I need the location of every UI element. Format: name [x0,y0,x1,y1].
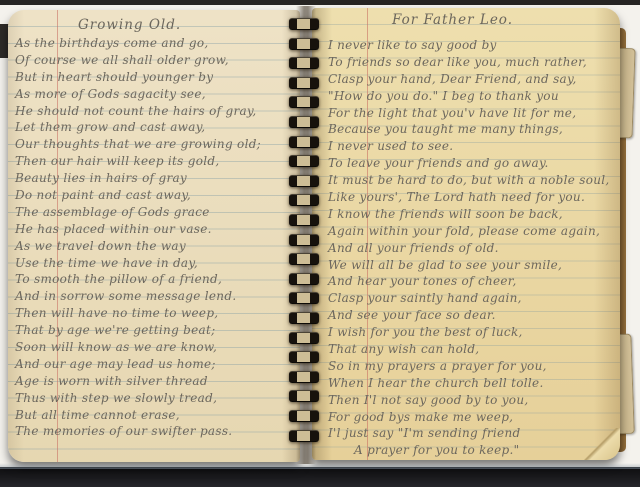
handwriting-line: Soon will know as we are know, [15,339,300,356]
spiral-ring [289,371,319,383]
spiral-ring [289,234,319,246]
handwriting-line: To friends so dear like you, much rather… [328,54,620,71]
spiral-ring [289,273,319,285]
handwriting-line: Then will have no time to weep, [15,305,300,322]
handwriting-line: We will all be glad to see your smile, [328,257,620,274]
handwriting-line: That any wish can hold, [328,341,620,358]
handwriting-line: It must be hard to do, but with a noble … [328,172,620,189]
handwriting-line: Again within your fold, please come agai… [328,223,620,240]
handwriting-line: But all time cannot erase, [15,407,300,424]
spiral-ring [289,312,319,324]
spiral-ring [289,253,319,265]
handwriting-line: Thus with step we slowly tread, [15,390,300,407]
spiral-ring [289,292,319,304]
spiral-ring [289,57,319,69]
spiral-ring [289,136,319,148]
handwriting-line: Use the time we have in day, [15,255,300,272]
spiral-ring [289,410,319,422]
handwriting-line: Our thoughts that we are growing old; [15,136,300,153]
handwriting-line: For good bys make me weep, [328,409,620,426]
handwriting-line: The assemblage of Gods grace [15,204,300,221]
spiral-ring [289,351,319,363]
handwriting-line: For the light that you'v have lit for me… [328,105,620,122]
handwriting-line: And all your friends of old. [328,240,620,257]
spiral-ring [289,96,319,108]
handwriting-line: As the birthdays come and go, [15,35,300,52]
handwriting-line: And see your face so dear. [328,307,620,324]
handwriting-line: To leave your friends and go away. [328,155,620,172]
spiral-ring [289,38,319,50]
handwriting-line: I never used to see. [328,138,620,155]
handwriting-line: He should not count the hairs of gray, [15,103,300,120]
handwriting-line: So in my prayers a prayer for you, [328,358,620,375]
handwriting-line: To smooth the pillow of a friend, [15,271,300,288]
spiral-ring [289,77,319,89]
handwriting-line: As we travel down the way [15,238,300,255]
handwriting-line: Then I'l not say good by to you, [328,392,620,409]
folded-page-corner [584,428,620,460]
handwriting-line: Clasp your saintly hand again, [328,290,620,307]
open-notebook-photo: Growing Old. As the birthdays come and g… [0,0,640,487]
handwriting-line: As more of Gods sagacity see, [15,86,300,103]
handwriting-line: When I hear the church bell tolle. [328,375,620,392]
handwriting-line: A prayer for you to keep." [354,442,620,459]
poem-body-right: I never like to say good byTo friends so… [328,37,620,459]
handwriting-line: Of course we all shall older grow, [15,52,300,69]
spiral-ring [289,430,319,442]
handwriting-line: The memories of our swifter pass. [15,423,300,440]
handwriting-line: I know the friends will soon be back, [328,206,620,223]
handwriting-line: "How do you do." I beg to thank you [328,88,620,105]
handwriting-line: Age is worn with silver thread [15,373,300,390]
handwriting-line: And our age may lead us home; [15,356,300,373]
poem-title-left: Growing Old. [78,17,181,33]
poem-title-right: For Father Leo. [392,12,513,28]
handwriting-line: I wish for you the best of luck, [328,324,620,341]
spiral-ring [289,18,319,30]
handwriting-line: And hear your tones of cheer, [328,273,620,290]
spiral-ring [289,214,319,226]
handwriting-line: I'l just say "I'm sending friend [328,425,620,442]
spiral-ring [289,194,319,206]
handwriting-line: He has placed within our vase. [15,221,300,238]
handwriting-line: Let them grow and cast away, [15,119,300,136]
spiral-ring [289,116,319,128]
handwriting-line: And in sorrow some message lend. [15,288,300,305]
right-page: For Father Leo. I never like to say good… [312,8,620,460]
handwriting-line: Because you taught me many things, [328,121,620,138]
handwriting-line: I never like to say good by [328,37,620,54]
spiral-ring [289,155,319,167]
spiral-binding [289,0,321,487]
poem-body-left: As the birthdays come and go,Of course w… [15,35,300,440]
handwriting-line: Clasp your hand, Dear Friend, and say, [328,71,620,88]
handwriting-line: That by age we're getting beat; [15,322,300,339]
handwriting-line: Like yours', The Lord hath need for you. [328,189,620,206]
handwriting-line: But in heart should younger by [15,69,300,86]
spiral-ring [289,175,319,187]
handwriting-line: Then our hair will keep its gold, [15,153,300,170]
handwriting-line: Beauty lies in hairs of gray [15,170,300,187]
left-page: Growing Old. As the birthdays come and g… [8,10,300,462]
spiral-ring [289,390,319,402]
handwriting-line: Do not paint and cast away, [15,187,300,204]
spiral-ring [289,332,319,344]
